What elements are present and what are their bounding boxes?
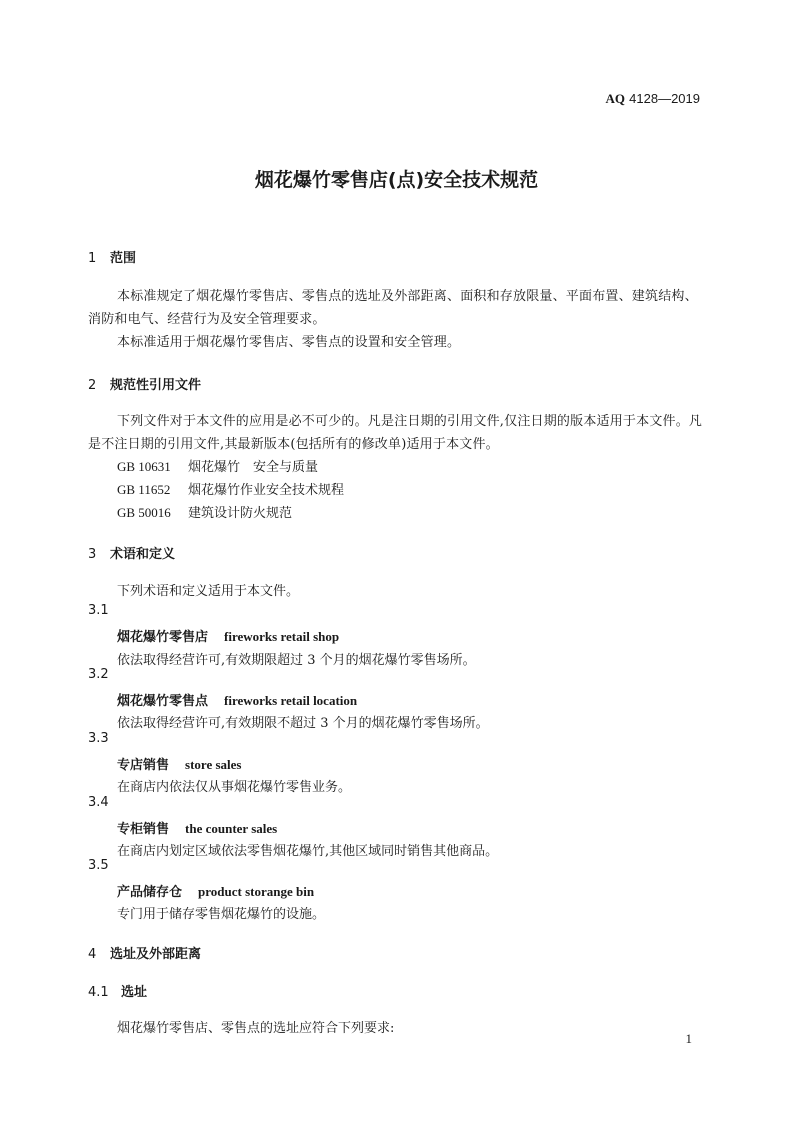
reference-item: GB 50016建筑设计防火规范 [117, 502, 292, 521]
section-4-heading: 4选址及外部距离 [88, 943, 201, 962]
section-3-intro: 下列术语和定义适用于本文件。 [117, 580, 299, 599]
term-number: 3.4 [88, 795, 109, 810]
reference-item: GB 10631烟花爆竹 安全与质量 [117, 456, 318, 475]
term-number: 3.2 [88, 667, 109, 682]
term-name: 产品储存仓product storange bin [117, 881, 314, 900]
section-1-paragraph-1: 本标准规定了烟花爆竹零售店、零售点的选址及外部距离、面积和存放限量、平面布置、建… [88, 285, 705, 331]
section-4-1-paragraph: 烟花爆竹零售店、零售点的选址应符合下列要求: [117, 1017, 394, 1036]
section-4-1-heading: 4.1选址 [88, 981, 147, 1000]
term-definition: 在商店内划定区域依法零售烟花爆竹,其他区域同时销售其他商品。 [117, 840, 498, 859]
term-name: 烟花爆竹零售点fireworks retail location [117, 690, 357, 709]
term-name: 烟花爆竹零售店fireworks retail shop [117, 626, 339, 645]
section-2-heading: 2规范性引用文件 [88, 374, 201, 393]
standard-code: AQ 4128—2019 [606, 91, 700, 107]
term-definition: 依法取得经营许可,有效期限超过 3 个月的烟花爆竹零售场所。 [117, 649, 476, 668]
standard-prefix: AQ [606, 91, 626, 106]
term-definition: 专门用于储存零售烟花爆竹的设施。 [117, 903, 325, 922]
term-definition: 依法取得经营许可,有效期限不超过 3 个月的烟花爆竹零售场所。 [117, 712, 489, 731]
section-1-paragraph-2: 本标准适用于烟花爆竹零售店、零售点的设置和安全管理。 [88, 331, 705, 354]
term-name: 专店销售store sales [117, 754, 241, 773]
reference-item: GB 11652烟花爆竹作业安全技术规程 [117, 479, 344, 498]
term-number: 3.5 [88, 858, 109, 873]
document-title: 烟花爆竹零售店(点)安全技术规范 [0, 165, 793, 192]
standard-number: 4128—2019 [629, 91, 700, 106]
section-1-heading: 1范围 [88, 247, 136, 266]
term-name: 专柜销售the counter sales [117, 818, 277, 837]
section-3-heading: 3术语和定义 [88, 543, 175, 562]
section-2-paragraph: 下列文件对于本文件的应用是必不可少的。凡是注日期的引用文件,仅注日期的版本适用于… [88, 410, 705, 456]
term-definition: 在商店内依法仅从事烟花爆竹零售业务。 [117, 776, 351, 795]
term-number: 3.1 [88, 603, 109, 618]
page-number: 1 [686, 1031, 693, 1047]
term-number: 3.3 [88, 731, 109, 746]
